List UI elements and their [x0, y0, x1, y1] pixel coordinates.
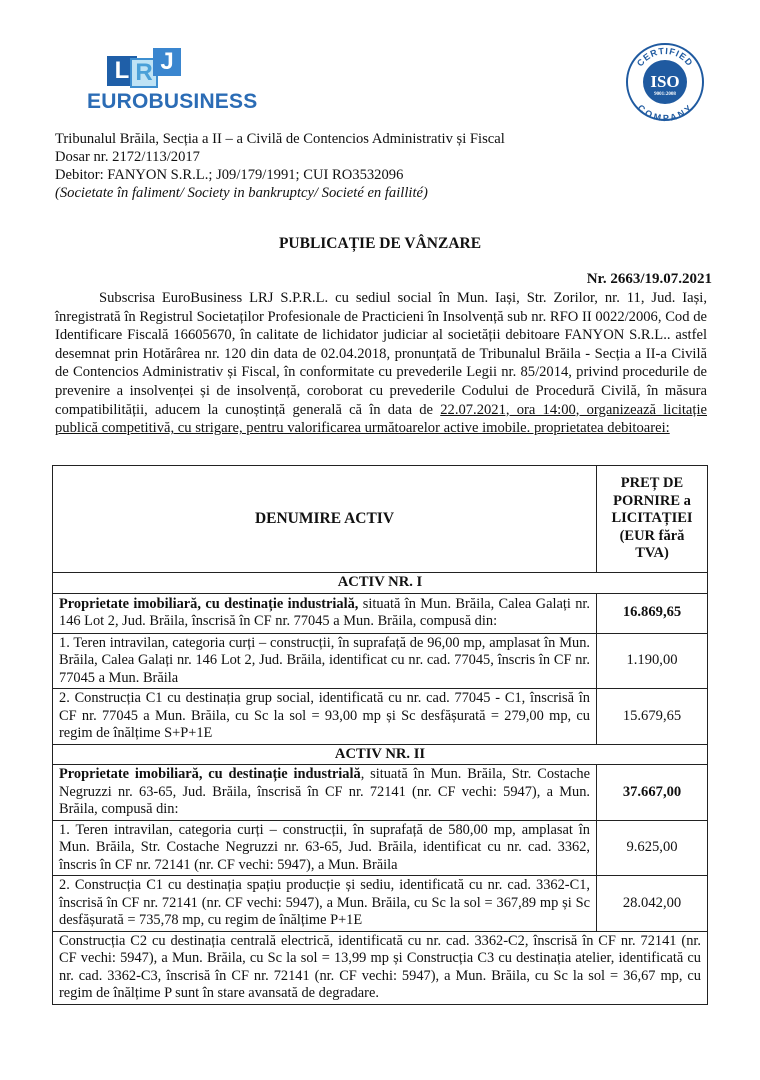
iso-standard-text: 9001:2008	[654, 92, 676, 97]
table-row: Proprietate imobiliară, cu destinație in…	[53, 593, 708, 633]
asset-item-description: 2. Construcția C1 cu destinația spațiu p…	[53, 876, 597, 932]
document-title: PUBLICAȚIE DE VÂNZARE	[0, 235, 760, 253]
column-header-starting-price: PREȚ DE PORNIRE a LICITAȚIEI (EUR fără T…	[597, 466, 708, 573]
column-header-asset-name: DENUMIRE ACTIV	[53, 466, 597, 573]
announcement-paragraph: Subscrisa EuroBusiness LRJ S.P.R.L. cu s…	[55, 289, 707, 438]
section-row: ACTIV NR. I	[53, 573, 708, 594]
svg-text:COMPANY: COMPANY	[636, 103, 695, 122]
section-title: ACTIV NR. II	[53, 744, 708, 765]
asset-note: Construcția C2 cu destinația centrală el…	[53, 931, 708, 1004]
asset-item-price: 28.042,00	[597, 876, 708, 932]
asset-item-price: 1.190,00	[597, 633, 708, 689]
logo-letter-j: J	[153, 48, 181, 76]
case-header: Tribunalul Brăila, Secția a II – a Civil…	[55, 130, 505, 202]
asset-summary-lead: Proprietate imobiliară, cu destinație in…	[59, 766, 361, 782]
asset-item-description: 2. Construcția C1 cu destinația grup soc…	[53, 689, 597, 745]
table-row: 2. Construcția C1 cu destinația spațiu p…	[53, 876, 708, 932]
assets-table: DENUMIRE ACTIV PREȚ DE PORNIRE a LICITAȚ…	[52, 465, 708, 1005]
document-number: Nr. 2663/19.07.2021	[587, 271, 712, 288]
paragraph-text: Subscrisa EuroBusiness LRJ S.P.R.L. cu s…	[55, 290, 707, 418]
asset-item-price: 15.679,65	[597, 689, 708, 745]
asset-item-description: 1. Teren intravilan, categoria curți – c…	[53, 633, 597, 689]
asset-total-price: 37.667,00	[597, 765, 708, 821]
section-row: ACTIV NR. II	[53, 744, 708, 765]
asset-summary: Proprietate imobiliară, cu destinație in…	[53, 765, 597, 821]
debtor-status: (Societate în faliment/ Society in bankr…	[55, 184, 505, 202]
eurobusiness-logo: L R J EUROBUSINESS	[87, 48, 237, 118]
table-row: Proprietate imobiliară, cu destinație in…	[53, 765, 708, 821]
asset-total-price: 16.869,65	[597, 593, 708, 633]
asset-item-price: 9.625,00	[597, 820, 708, 876]
debtor-info: Debitor: FANYON S.R.L.; J09/179/1991; CU…	[55, 166, 505, 184]
iso-certified-badge-icon: CERTIFIED COMPANY ISO 9001:2008	[625, 42, 705, 122]
table-row: 1. Teren intravilan, categoria curți – c…	[53, 633, 708, 689]
section-title: ACTIV NR. I	[53, 573, 708, 594]
asset-item-description: 1. Teren intravilan, categoria curți – c…	[53, 820, 597, 876]
table-row: 1. Teren intravilan, categoria curți – c…	[53, 820, 708, 876]
file-number: Dosar nr. 2172/113/2017	[55, 148, 505, 166]
court-name: Tribunalul Brăila, Secția a II – a Civil…	[55, 130, 505, 148]
asset-summary: Proprietate imobiliară, cu destinație in…	[53, 593, 597, 633]
asset-summary-lead: Proprietate imobiliară, cu destinație in…	[59, 596, 358, 612]
table-header-row: DENUMIRE ACTIV PREȚ DE PORNIRE a LICITAȚ…	[53, 466, 708, 573]
iso-bottom-text: COMPANY	[636, 103, 695, 122]
logo-wordmark: EUROBUSINESS	[87, 90, 257, 114]
iso-center-text: ISO	[650, 72, 679, 91]
table-row: 2. Construcția C1 cu destinația grup soc…	[53, 689, 708, 745]
table-row: Construcția C2 cu destinația centrală el…	[53, 931, 708, 1004]
